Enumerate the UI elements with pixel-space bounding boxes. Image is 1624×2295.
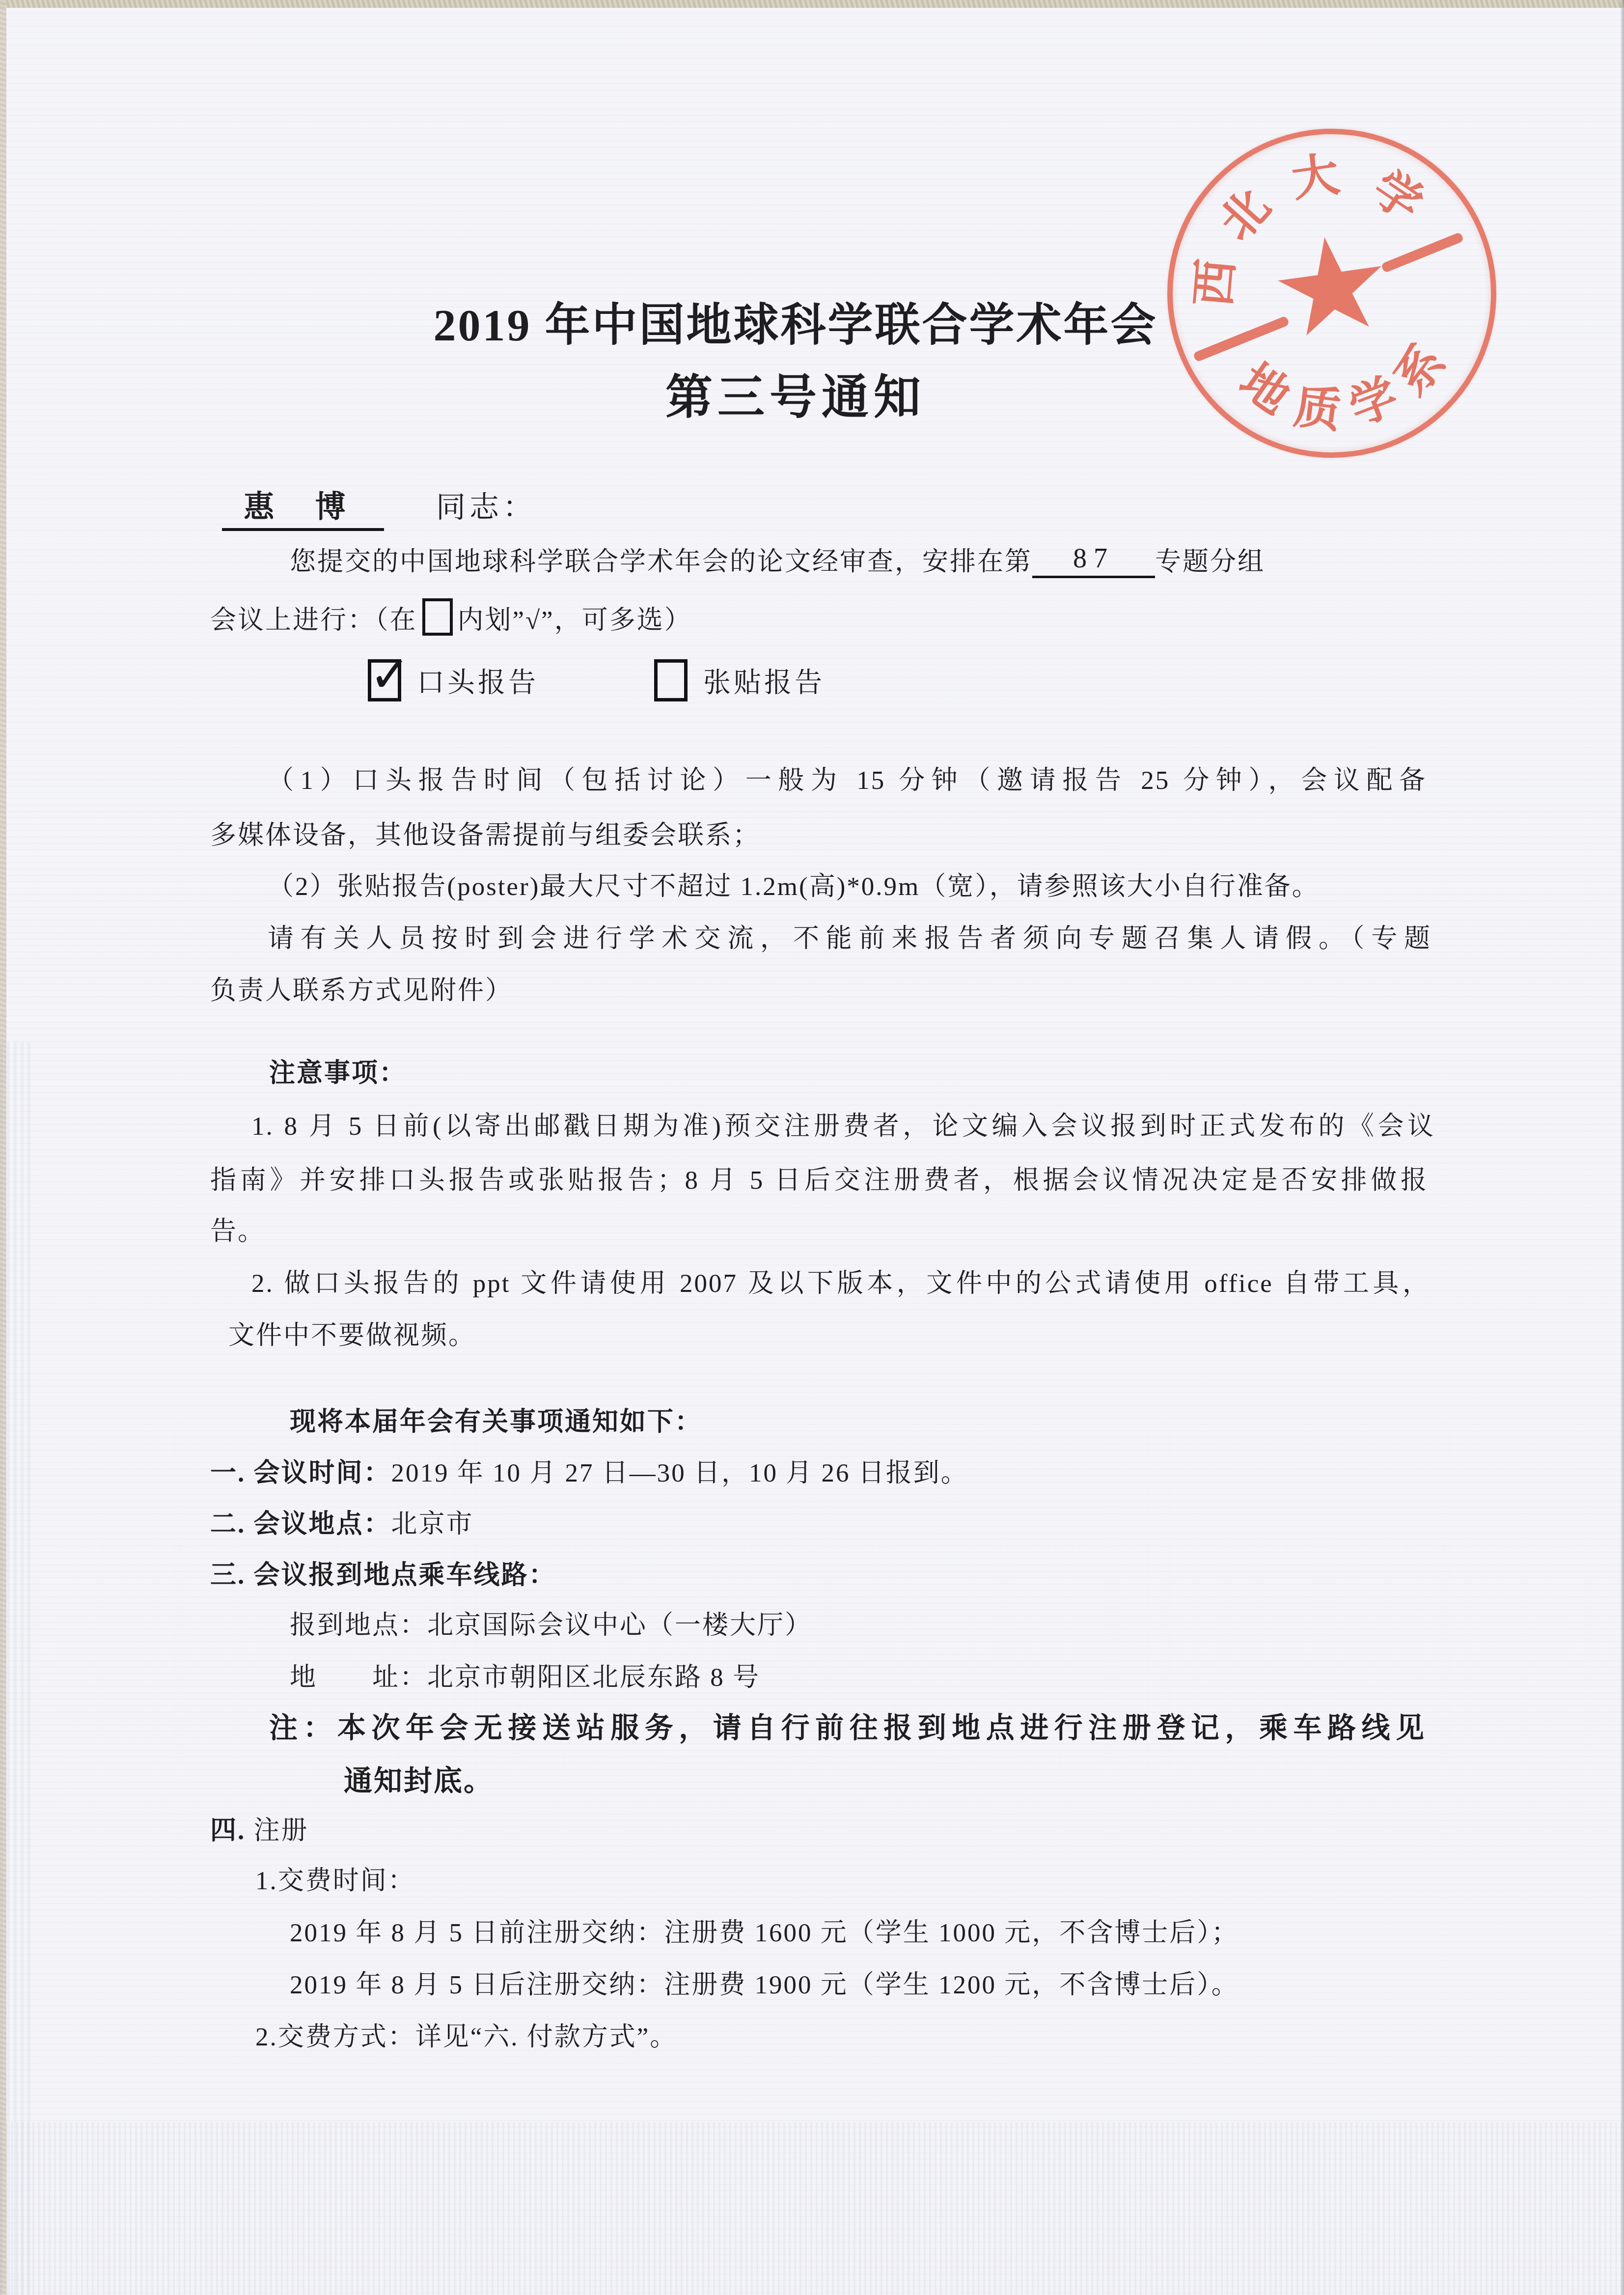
reg-fee-after: 2019 年 8 月 5 日后注册交纳：注册费 1900 元（学生 1200 元… <box>290 1969 1239 2001</box>
arrival-note-line1: 注：本次年会无接送站服务，请自行前往报到地点进行注册登记，乘车路线见 <box>269 1710 1426 1746</box>
assignment-line1: 您提交的中国地球科学联合学术年会的论文经审查，安排在第87专题分组 <box>290 541 1265 578</box>
topic-number-field: 87 <box>1032 541 1155 578</box>
section4-title: 注册 <box>254 1817 309 1845</box>
attention-note1-line1: 1. 8 月 5 日前(以寄出邮戳日期为准)预交注册费者，论文编入会议报到时正式… <box>251 1110 1435 1143</box>
option-poster-report: 张贴报告 <box>654 659 825 701</box>
arrival-location-line: 报到地点：北京国际会议中心（一楼大厅） <box>290 1609 812 1642</box>
reg-fee-before: 2019 年 8 月 5 日前注册交纳：注册费 1600 元（学生 1000 元… <box>290 1917 1239 1949</box>
attention-note2-line1: 2. 做口头报告的 ppt 文件请使用 2007 及以下版本，文件中的公式请使用… <box>251 1267 1430 1300</box>
scanner-fabric-top <box>0 0 1624 8</box>
list-item-time-label: 一. 会议时间： <box>210 1459 391 1487</box>
attention-note2-line2: 文件中不要做视频。 <box>228 1319 476 1352</box>
item2-line1: （2）张贴报告(poster)最大尺寸不超过 1.2m(高)*0.9m（宽），请… <box>268 870 1320 903</box>
assignment-line1-post: 专题分组 <box>1155 548 1265 576</box>
item1-line2: 多媒体设备，其他设备需提前与组委会联系； <box>210 819 760 852</box>
list-item-place-text: 北京市 <box>391 1510 474 1539</box>
empty-checkbox-glyph <box>422 598 453 636</box>
attention-note1-line2: 指南》并安排口头报告或张贴报告；8 月 5 日后交注册费者，根据会议情况决定是否… <box>210 1164 1428 1197</box>
list-item-place: 二. 会议地点：北京市 <box>210 1508 474 1540</box>
checkbox-oral-checked: ✓ <box>368 659 401 701</box>
option-oral-report: ✓ 口头报告 <box>368 659 539 701</box>
assignment-line2: 会议上进行：（在内划”√”，可多选） <box>210 598 692 637</box>
section4-heading: 四. 注册 <box>210 1815 309 1847</box>
doc-title-line2: 第三号通知 <box>206 360 1385 427</box>
request-line2: 负责人联系方式见附件） <box>210 975 513 1007</box>
attention-note1-line3: 告。 <box>210 1215 265 1248</box>
request-line1: 请有关人员按时到会进行学术交流，不能前来报告者须向专题召集人请假。（专题 <box>268 923 1431 955</box>
option-oral-label: 口头报告 <box>417 661 539 700</box>
recipient-name-field: 惠 博 <box>222 482 384 531</box>
doc-title-line1: 2019 年中国地球科学联合学术年会 <box>206 289 1385 354</box>
arrival-note-line2: 通知封底。 <box>344 1763 494 1799</box>
check-mark-icon: ✓ <box>369 646 413 703</box>
assignment-line1-pre: 您提交的中国地球科学联合学术年会的论文经审查，安排在第 <box>290 548 1032 576</box>
greeting-suffix: 同志： <box>436 491 536 524</box>
item1-line1: （1）口头报告时间（包括讨论）一般为 15 分钟（邀请报告 25 分钟），会议配… <box>268 764 1427 797</box>
list-item-route-label: 三. 会议报到地点乘车线路： <box>210 1561 556 1590</box>
reg-fee-time-heading: 1.交费时间： <box>255 1865 415 1897</box>
assignment-line2-post: 内划”√”，可多选） <box>458 606 692 635</box>
list-item-route: 三. 会议报到地点乘车线路： <box>210 1559 556 1592</box>
scan-noise-band <box>0 1041 34 2295</box>
arrival-address-line: 地 址：北京市朝阳区北辰东路 8 号 <box>290 1661 760 1694</box>
seal-char: 大 <box>1285 147 1346 208</box>
section4-label: 四. <box>210 1817 246 1845</box>
greeting-line: 惠 博同志： <box>222 482 536 531</box>
assignment-line2-pre: 会议上进行：（在 <box>210 606 417 635</box>
checkbox-poster-unchecked <box>654 659 688 701</box>
list-item-place-label: 二. 会议地点： <box>210 1510 391 1539</box>
attention-heading: 注意事项： <box>269 1057 407 1090</box>
list-item-time: 一. 会议时间：2019 年 10 月 27 日—30 日，10 月 26 日报… <box>210 1457 968 1489</box>
scanned-notice-page: 西 北 大 学 地 质 学 系 2019 年中国地球科学联合学术年会 第三号通知… <box>0 0 1624 2295</box>
scan-noise-bottom <box>0 2122 1624 2295</box>
option-poster-label: 张贴报告 <box>703 661 825 700</box>
reg-fee-method: 2.交费方式：详见“六. 付款方式”。 <box>255 2021 677 2053</box>
page-right-edge <box>1621 0 1624 2295</box>
announce-heading: 现将本届年会有关事项通知如下： <box>290 1406 702 1438</box>
list-item-time-text: 2019 年 10 月 27 日—30 日，10 月 26 日报到。 <box>391 1459 968 1487</box>
